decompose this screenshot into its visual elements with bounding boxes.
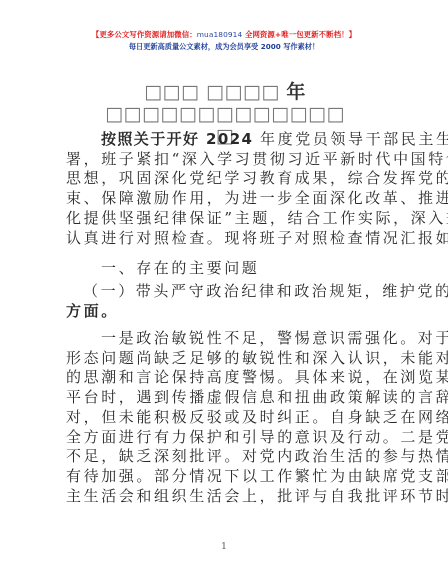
intro-line-3: 思想，巩固深化党纪学习教育成果，综合发挥党的纪律教育约 [66,169,388,189]
subsection-1-heading-line-2: 方面。 [66,302,388,322]
point-1-line-8: 有待加强。部分情况下以工作繁忙为由缺席党支部活动，在民 [66,467,388,487]
title-year-char: 年 [286,81,306,103]
title-part-1: □□□ □□□□ [144,81,286,103]
promo-banner-line-2: 每日更新高质量公文素材，成为会员享受 2000 写作素材！ [0,42,448,52]
subsection-heading: （一）带头严守政治纪律和政治规矩，维护党的团结统一 方面。 [66,282,388,321]
point-1-line-3: 的思潮和言论保持高度警惕。具体来说，在浏览某些社交媒体 [66,368,388,388]
promo-banner-line-1: 【更多公文写作资源请加微信：mua180914 全网资源+唯一包更新不断档！】 [0,29,448,40]
promo-banner-prefix: 【更多公文写作资源请加微信： [92,30,197,39]
intro-line-5: 化提供坚强纪律保证”主题，结合工作实际，深入查找问题， [66,209,388,229]
point-1-line-9: 主生活会和组织生活会上，批评与自我批评环节时常流于表 [66,487,388,507]
point-1-line-4: 平台时，遇到传播虚假信息和扭曲政策解读的言辞，虽内心反 [66,388,388,408]
section-heading: 一、存在的主要问题 [66,259,388,279]
promo-banner-suffix: 全网资源+唯一包更新不断档！】 [242,30,356,39]
point-1-paragraph: 一是政治敏锐性不足，警惕意识需强化。对于复杂的意识 形态问题尚缺乏足够的敏锐性和… [66,329,388,506]
title-part-2: □□□□□□□□□□□□□ [105,103,345,125]
intro-lead-bold: 按照关于开好 2024 [101,130,260,148]
subsection-1-heading-line-1: （一）带头严守政治纪律和政治规矩，维护党的团结统一 [66,282,388,302]
point-1-line-7: 不足，缺乏深刻批评。对党内政治生活的参与热情和重视程度 [66,447,388,467]
point-1-line-1: 一是政治敏锐性不足，警惕意识需强化。对于复杂的意识 [66,329,388,349]
intro-line-4: 束、保障激励作用，为进一步全面深化改革、推进中国式现代 [66,189,388,209]
document-page: 【更多公文写作资源请加微信：mua180914 全网资源+唯一包更新不断档！】 … [0,0,448,580]
section-1-heading: 一、存在的主要问题 [66,259,388,279]
point-1-line-6: 全方面进行有力保护和引导的意识及行动。二是党内生活参与 [66,428,388,448]
intro-line-1-text: 年度党员领导干部民主生活会安排部 [260,130,448,148]
intro-line-6: 认真进行对照检查。现将班子对照检查情况汇报如下： [66,229,388,249]
point-1-line-2: 形态问题尚缺乏足够的敏锐性和深入认识，未能对社会上错误 [66,349,388,369]
point-1-line-5: 对，但未能积极反驳或及时纠正。自身缺乏在网络意识形态安 [66,408,388,428]
intro-line-2: 署，班子紧扣“深入学习贯彻习近平新时代中国特色社会主义 [66,150,388,170]
page-number: 1 [0,542,448,552]
intro-paragraph: 按照关于开好 2024 年度党员领导干部民主生活会安排部 署，班子紧扣“深入学习… [66,130,388,248]
intro-line-1: 按照关于开好 2024 年度党员领导干部民主生活会安排部 [66,130,388,150]
promo-banner-wechat-id: mua180914 [197,30,243,39]
